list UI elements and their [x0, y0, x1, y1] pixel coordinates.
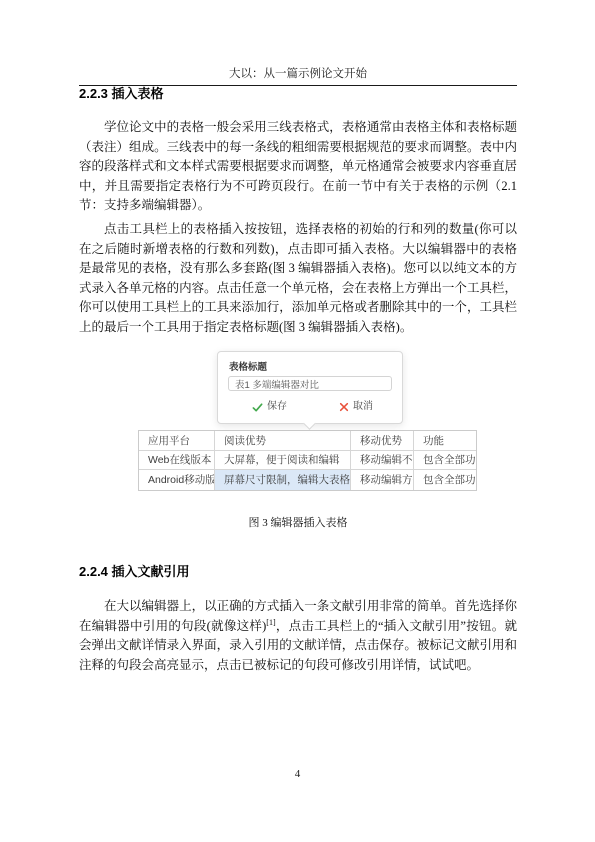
table-cell[interactable]: 包含全部功能: [414, 451, 476, 471]
popup-actions: 保存 取消: [218, 401, 402, 413]
table-cell[interactable]: 大屏幕，便于阅读和编辑: [215, 451, 351, 471]
figure-caption: 图 3 编辑器插入表格: [79, 514, 517, 530]
save-button[interactable]: 保存: [252, 401, 287, 413]
table-cell[interactable]: Android移动版本: [139, 470, 215, 490]
cancel-button[interactable]: 取消: [339, 401, 373, 413]
table-cell[interactable]: 移动编辑不便: [351, 451, 414, 471]
table-cell[interactable]: 包含全部功能: [414, 470, 476, 490]
paragraph-citation-howto: 在大以编辑器上，以正确的方式插入一条文献引用非常的简单。首先选择你在编辑器中引用…: [79, 597, 517, 675]
table-title-input[interactable]: [228, 376, 392, 391]
section-heading-223: 2.2.3 插入表格: [79, 86, 164, 101]
popup-arrow: [303, 417, 316, 430]
active-cell-text-before: 屏幕尺寸限制，编辑大表格: [224, 472, 350, 487]
check-icon: [252, 402, 263, 413]
table-cell-active[interactable]: 屏幕尺寸限制，编辑大表格 不便: [215, 470, 351, 490]
cancel-button-label: 取消: [353, 401, 373, 413]
page-number: 4: [0, 768, 595, 780]
table-title-popup: 表格标题 保存 取消: [217, 351, 403, 424]
table-header-cell[interactable]: 功能: [414, 431, 476, 451]
pdf-page: 大以：从一篇示例论文开始 2.2.3 插入表格 学位论文中的表格一般会采用三线表…: [0, 0, 595, 842]
paragraph-tables-howto: 点击工具栏上的表格插入按按钮，选择表格的初始的行和列的数量(你可以在之后随时新增…: [79, 220, 517, 338]
close-icon: [339, 402, 349, 412]
paragraph-tables-intro: 学位论文中的表格一般会采用三线表格式，表格通常由表格主体和表格标题（表注）组成。…: [79, 118, 517, 216]
popup-title-label: 表格标题: [229, 359, 402, 373]
save-button-label: 保存: [267, 401, 287, 413]
table-header-cell[interactable]: 应用平台: [139, 431, 215, 451]
table-header-cell[interactable]: 阅读优势: [215, 431, 351, 451]
table-cell[interactable]: Web在线版本: [139, 451, 215, 471]
table-header-cell[interactable]: 移动优势: [351, 431, 414, 451]
citation-ref: [1]: [266, 617, 275, 626]
editor-table: 应用平台 阅读优势 移动优势 功能 Web在线版本 大屏幕，便于阅读和编辑 移动…: [138, 430, 477, 491]
running-header: 大以：从一篇示例论文开始: [79, 67, 517, 86]
table-cell[interactable]: 移动编辑方便: [351, 470, 414, 490]
section-heading-224: 2.2.4 插入文献引用: [79, 564, 190, 579]
